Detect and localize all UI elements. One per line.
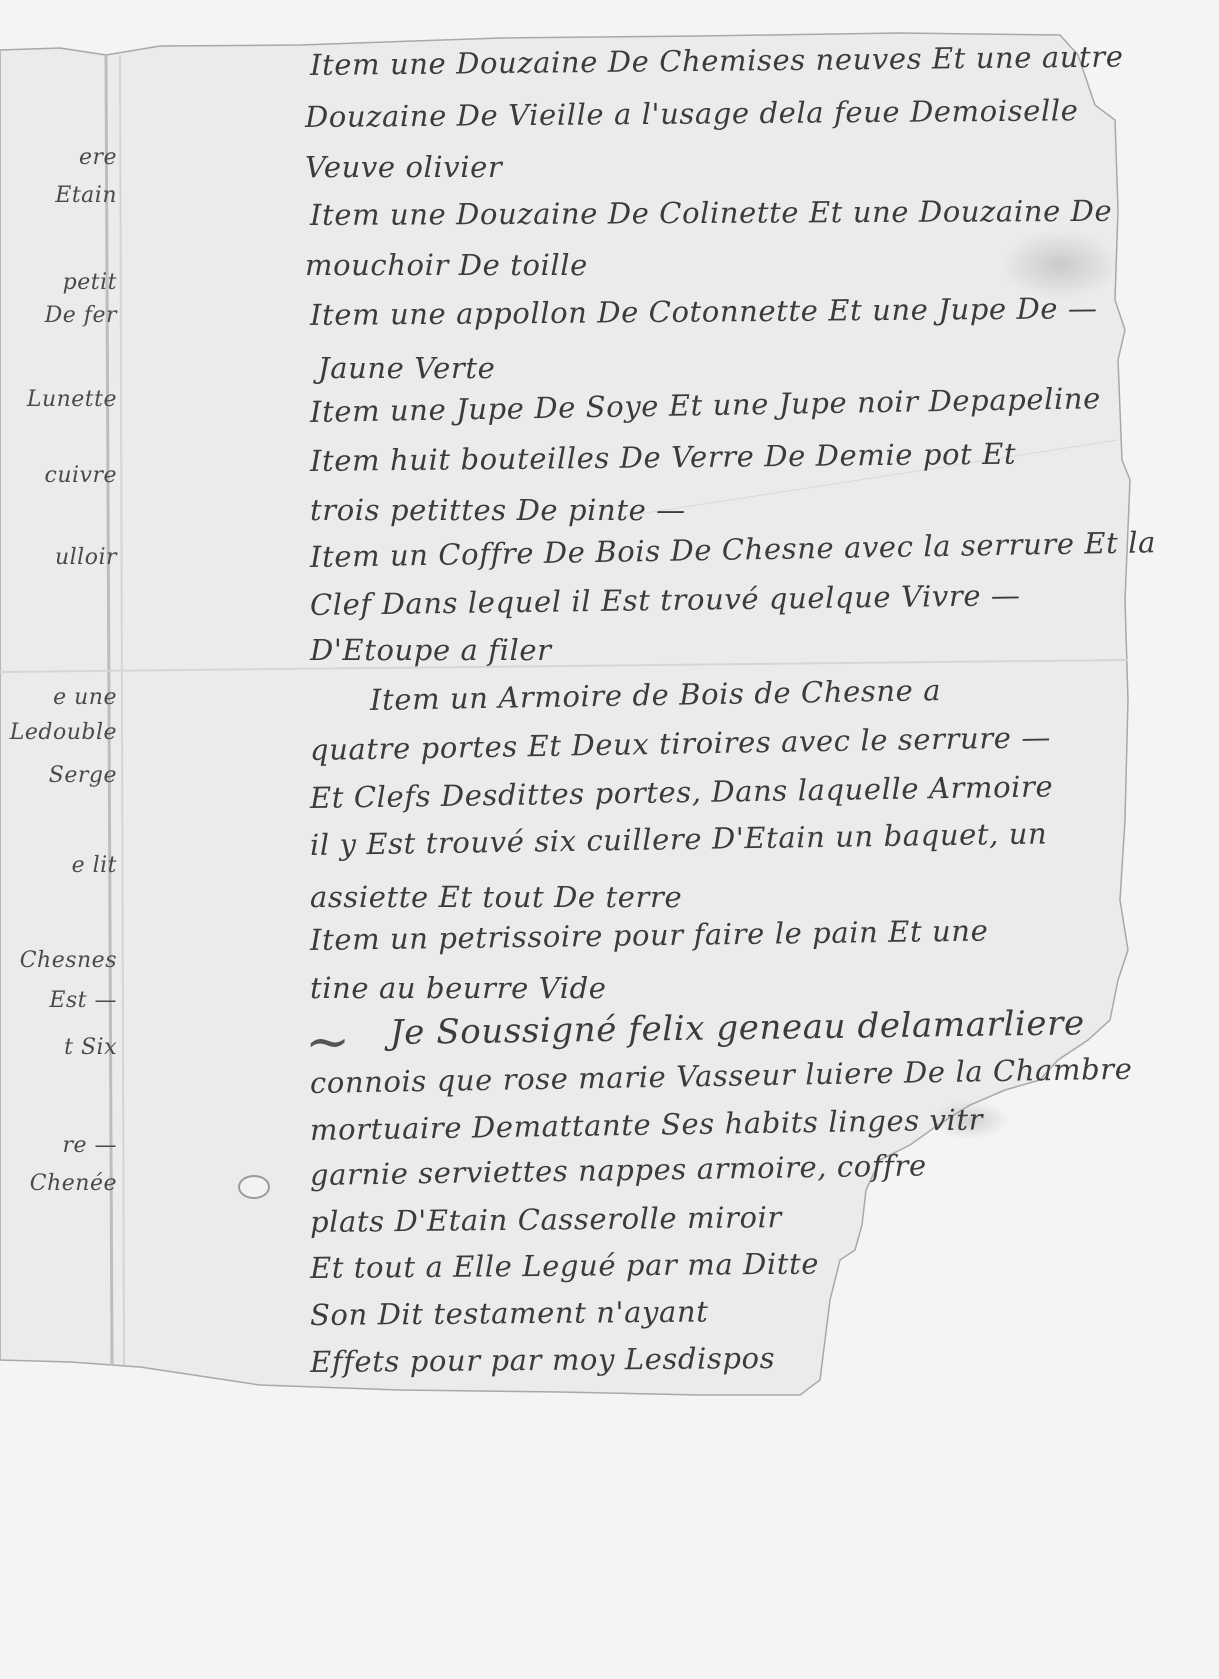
text-line: trois petittes De pinte — [310, 493, 686, 527]
left-page-fragments: ere Etain petit De fer Lunette cuivre ul… [0, 0, 125, 1260]
text-line: Douzaine De Vieille a l'usage dela feue … [305, 93, 1079, 134]
left-fragment: De fer [45, 303, 117, 328]
text-line: plats D'Etain Casserolle miroir [310, 1200, 782, 1239]
text-line: Item un Coffre De Bois De Chesne avec la… [310, 525, 1157, 574]
left-fragment: Serge [49, 763, 117, 788]
left-fragment: petit [63, 270, 117, 295]
left-fragment: ere [79, 145, 117, 170]
text-line-signature-clause: Je Soussigné felix geneau delamarliere [390, 1003, 1085, 1053]
text-line: mouchoir De toille [305, 248, 588, 282]
manuscript-body: Item une Douzaine De Chemises neuves Et … [290, 0, 1110, 1380]
text-line: tine au beurre Vide [310, 971, 607, 1005]
text-line: Clef Dans lequel il Est trouvé quelque V… [310, 578, 1021, 622]
left-fragment: re — [62, 1133, 117, 1158]
text-line: garnie serviettes nappes armoire, coffre [310, 1148, 927, 1192]
left-fragment: ulloir [55, 545, 117, 570]
left-fragment: Lunette [27, 387, 117, 412]
text-line: connois que rose marie Vasseur luiere De… [310, 1052, 1133, 1100]
text-line: mortuaire Demattante Ses habits linges v… [310, 1102, 984, 1147]
text-line: il y Est trouvé six cuillere D'Etain un … [310, 816, 1048, 862]
text-line: Item une Jupe De Soye Et une Jupe noir D… [310, 381, 1101, 429]
text-line: Item un Armoire de Bois de Chesne a [370, 673, 942, 717]
left-fragment: Chesnes [20, 948, 117, 973]
text-line: Et tout a Elle Legué par ma Ditte [310, 1247, 819, 1285]
text-line: Effets pour par moy Lesdispos [310, 1341, 775, 1379]
left-fragment: Ledouble [10, 720, 117, 745]
text-line: D'Etoupe a filer [310, 633, 552, 667]
left-fragment: cuivre [45, 463, 118, 488]
text-line: Jaune Verte [318, 351, 495, 385]
text-line: Item huit bouteilles De Verre De Demie p… [310, 437, 1017, 478]
text-line: Item une Douzaine De Colinette Et une Do… [310, 194, 1112, 232]
left-fragment: Est — [49, 988, 117, 1013]
left-fragment: Etain [55, 183, 117, 208]
left-fragment: e lit [72, 853, 117, 878]
text-line: Item une appollon De Cotonnette Et une J… [310, 291, 1098, 332]
text-line: quatre portes Et Deux tiroires avec le s… [310, 720, 1052, 767]
left-fragment: e une [53, 685, 117, 710]
manuscript-scan: ere Etain petit De fer Lunette cuivre ul… [0, 0, 1219, 1679]
text-line: Item un petrissoire pour faire le pain E… [310, 914, 989, 957]
left-fragment: t Six [64, 1035, 117, 1060]
left-fragment: Chenée [30, 1171, 117, 1196]
paper-hole [238, 1175, 270, 1199]
text-line: Son Dit testament n'ayant [310, 1295, 709, 1332]
text-line: Item une Douzaine De Chemises neuves Et … [310, 39, 1124, 82]
text-line: assiette Et tout De terre [310, 880, 682, 914]
text-line: Et Clefs Desdittes portes, Dans laquelle… [310, 769, 1054, 815]
text-line: Veuve olivier [305, 150, 502, 184]
